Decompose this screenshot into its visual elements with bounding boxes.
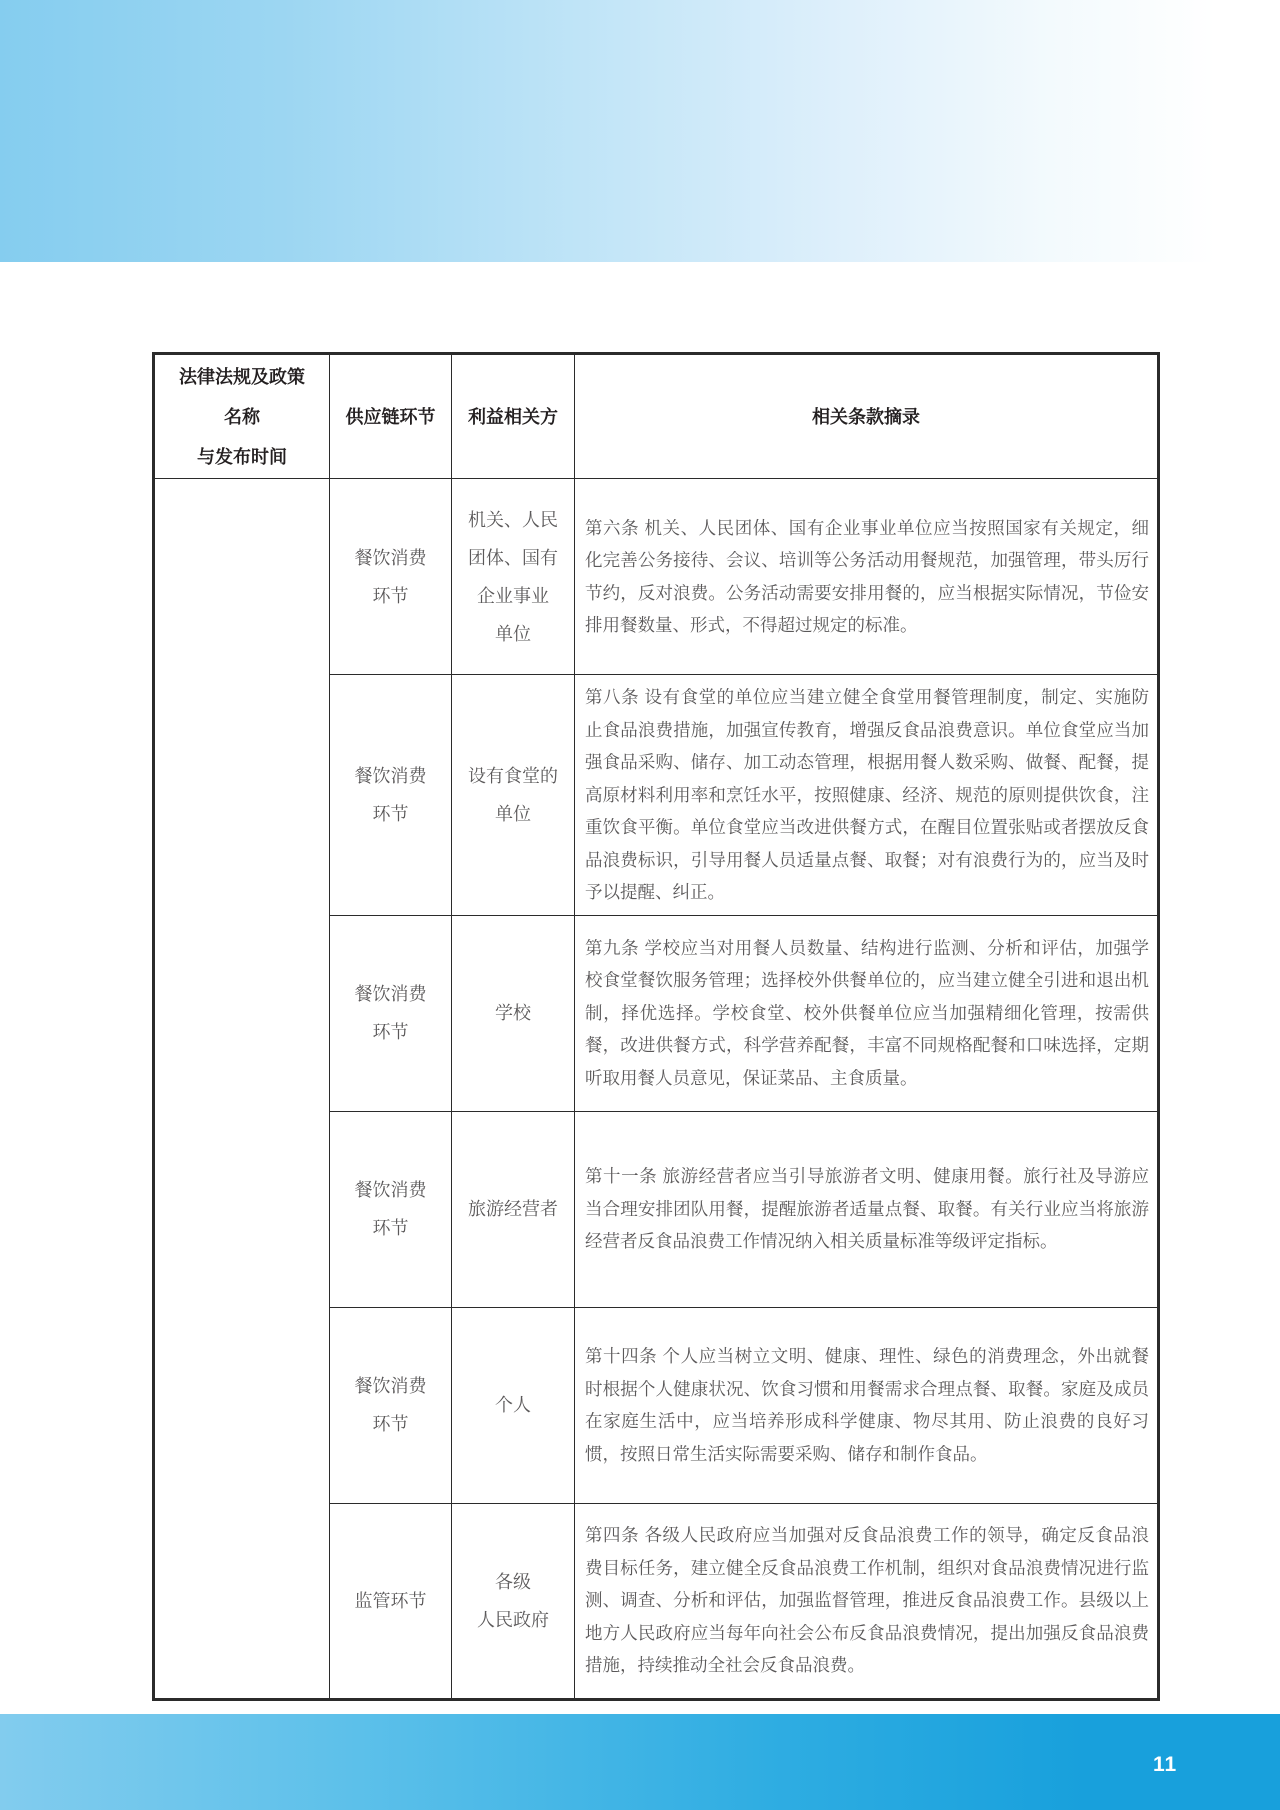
excerpt-cell: 第八条 设有食堂的单位应当建立健全食堂用餐管理制度，制定、实施防止食品浪费措施，…: [575, 675, 1159, 916]
stage-cell: 餐饮消费 环节: [330, 915, 452, 1111]
stakeholder-cell: 各级 人民政府: [452, 1503, 575, 1699]
excerpt-cell: 第四条 各级人民政府应当加强对反食品浪费工作的领导，确定反食品浪费目标任务，建立…: [575, 1503, 1159, 1699]
excerpt-cell: 第十一条 旅游经营者应当引导旅游者文明、健康用餐。旅行社及导游应当合理安排团队用…: [575, 1111, 1159, 1307]
col-header-supply-chain-stage: 供应链环节: [330, 354, 452, 479]
policy-table: 法律法规及政策 名称 与发布时间 供应链环节 利益相关方 相关条款摘录 餐饮消费…: [152, 352, 1160, 1701]
footer-gradient-band: [0, 1714, 1280, 1810]
table-row: 餐饮消费 环节 机关、人民 团体、国有 企业事业 单位 第六条 机关、人民团体、…: [154, 479, 1159, 675]
stakeholder-cell: 旅游经营者: [452, 1111, 575, 1307]
stage-cell: 监管环节: [330, 1503, 452, 1699]
stakeholder-cell: 个人: [452, 1307, 575, 1503]
stage-cell: 餐饮消费 环节: [330, 1111, 452, 1307]
stakeholder-cell: 学校: [452, 915, 575, 1111]
excerpt-cell: 第十四条 个人应当树立文明、健康、理性、绿色的消费理念，外出就餐时根据个人健康状…: [575, 1307, 1159, 1503]
page-number: 11: [1153, 1753, 1177, 1777]
excerpt-cell: 第六条 机关、人民团体、国有企业事业单位应当按照国家有关规定，细化完善公务接待、…: [575, 479, 1159, 675]
stakeholder-cell: 机关、人民 团体、国有 企业事业 单位: [452, 479, 575, 675]
stage-cell: 餐饮消费 环节: [330, 1307, 452, 1503]
table-header-row: 法律法规及政策 名称 与发布时间 供应链环节 利益相关方 相关条款摘录: [154, 354, 1159, 479]
excerpt-cell: 第九条 学校应当对用餐人员数量、结构进行监测、分析和评估，加强学校食堂餐饮服务管…: [575, 915, 1159, 1111]
law-name-cell: [154, 479, 330, 1700]
col-header-law-name: 法律法规及政策 名称 与发布时间: [154, 354, 330, 479]
top-gradient-band: [0, 0, 1280, 262]
col-header-stakeholder: 利益相关方: [452, 354, 575, 479]
stakeholder-cell: 设有食堂的 单位: [452, 675, 575, 916]
col-header-excerpt: 相关条款摘录: [575, 354, 1159, 479]
stage-cell: 餐饮消费 环节: [330, 675, 452, 916]
stage-cell: 餐饮消费 环节: [330, 479, 452, 675]
